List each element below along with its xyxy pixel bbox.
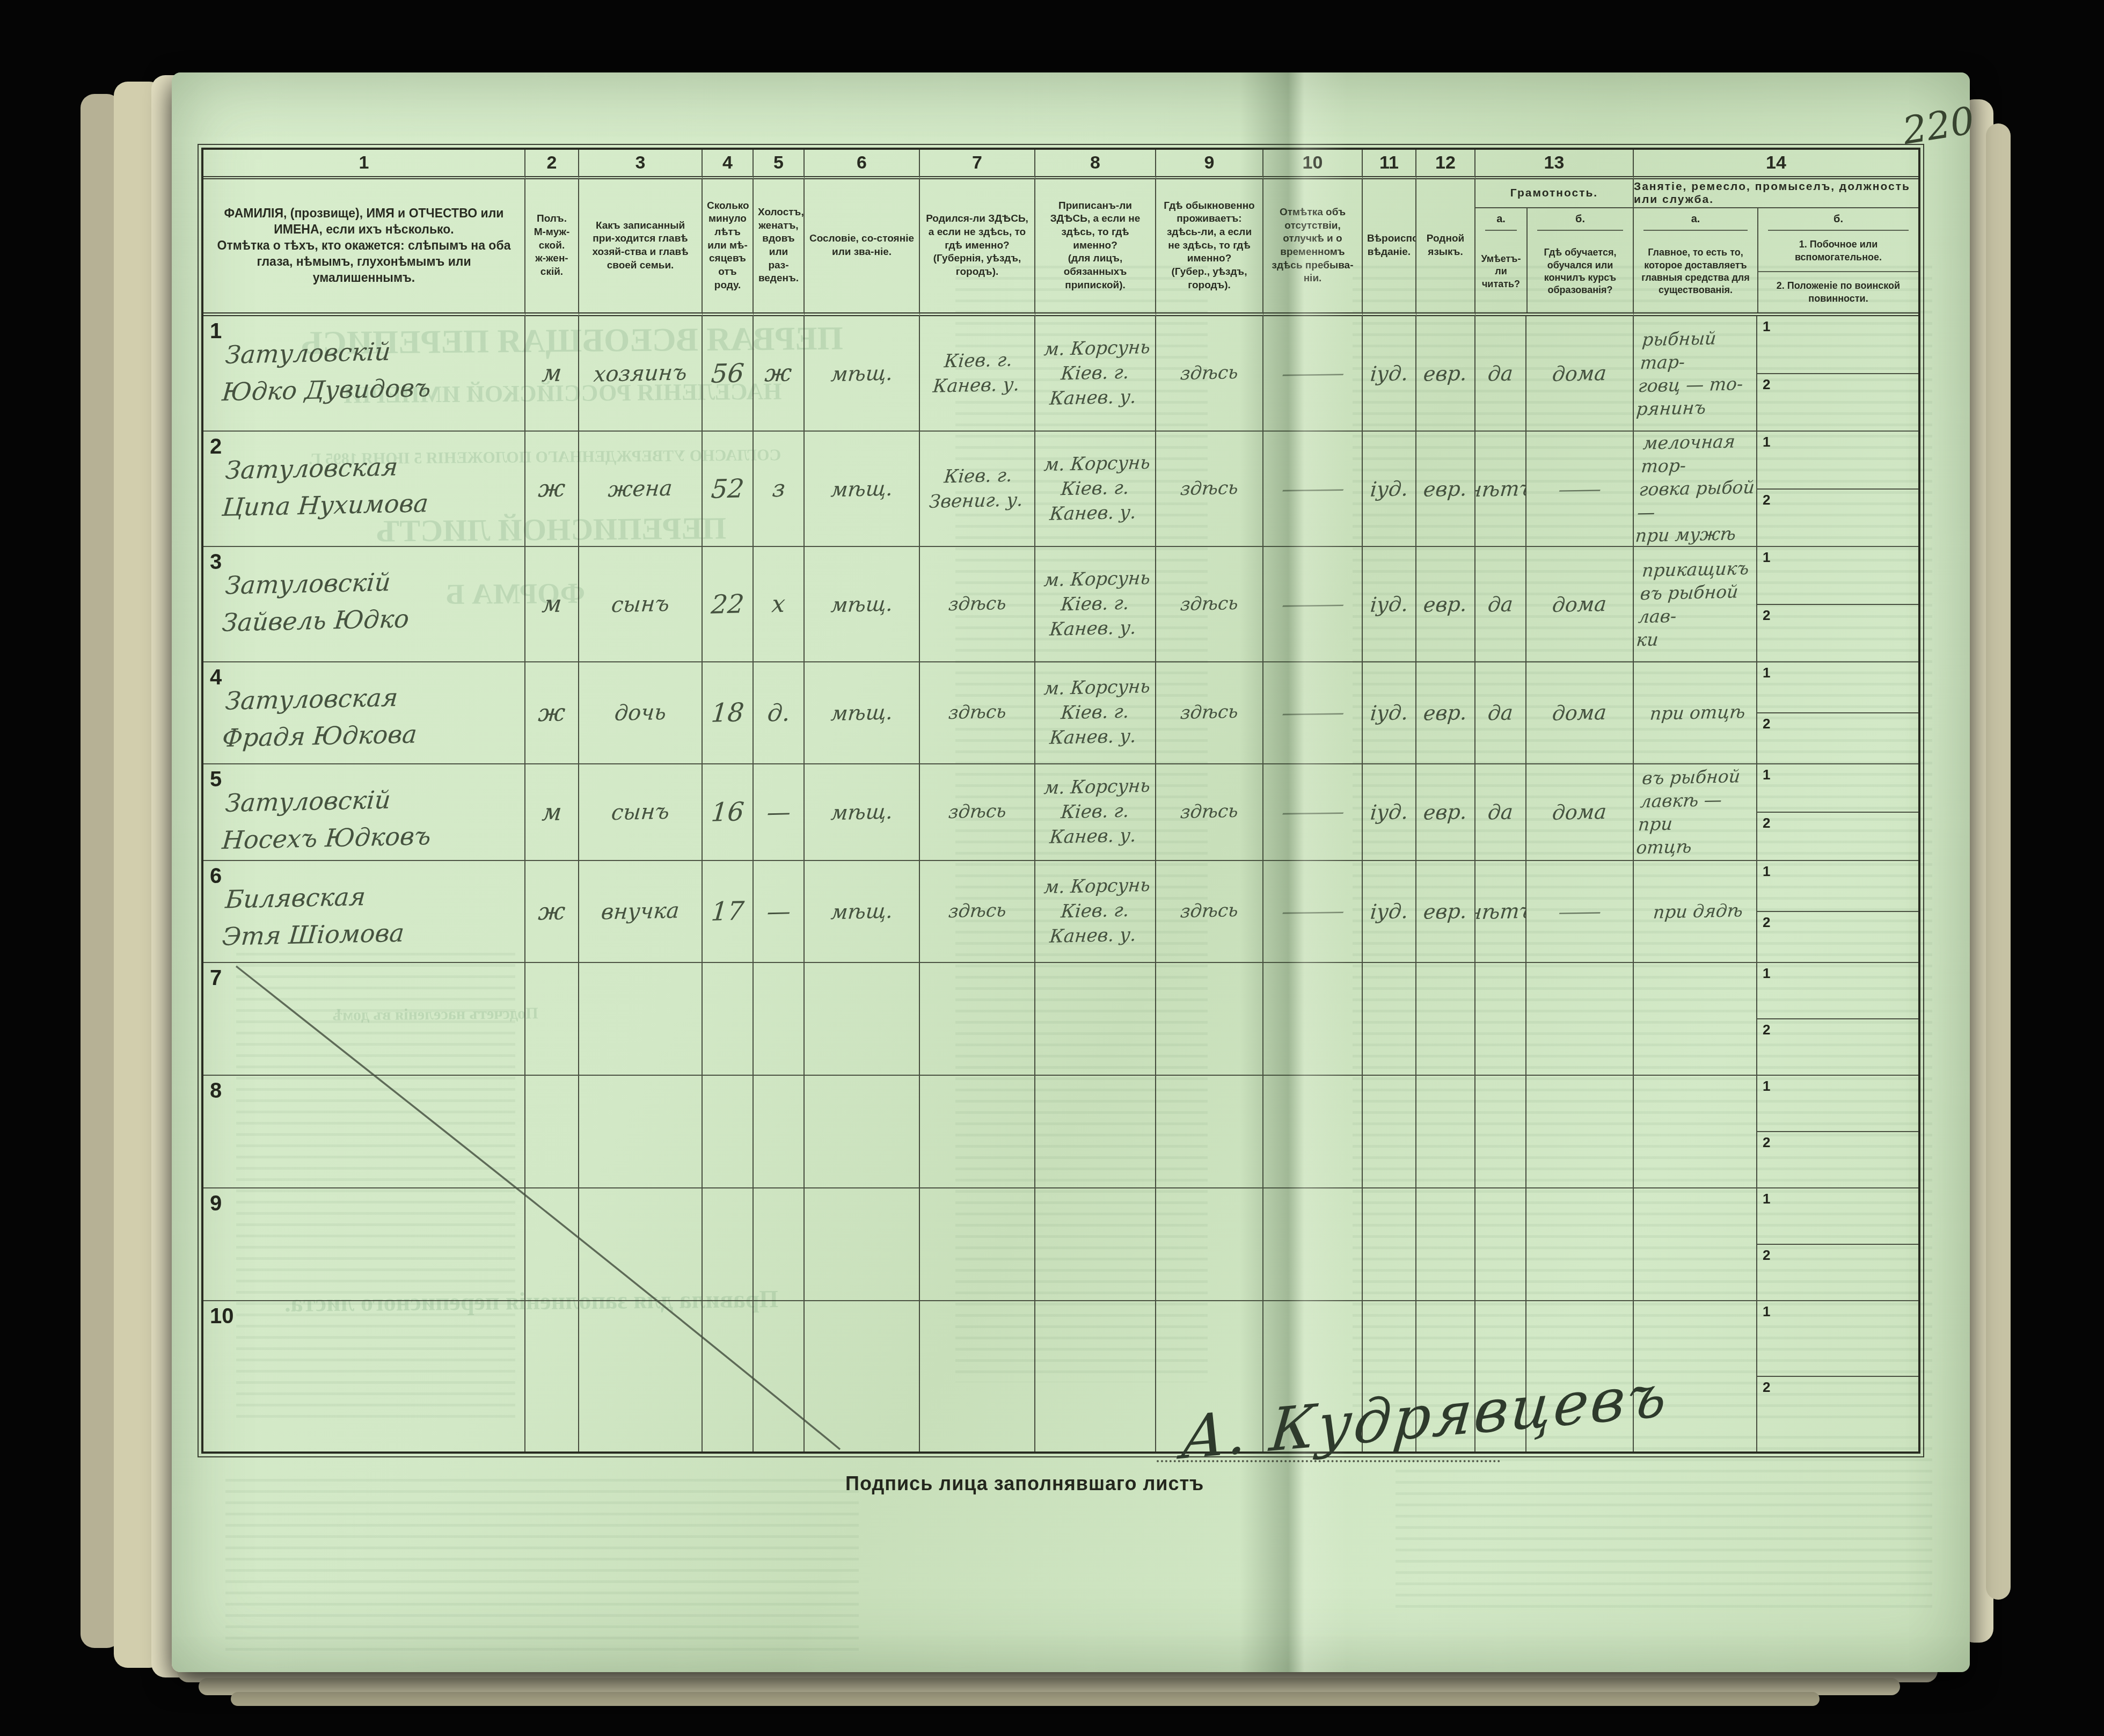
row-8-relation-cell (579, 1076, 703, 1188)
row-9-side-occupation-cell: 12 (1757, 1188, 1918, 1301)
side-sub-1: 1 (1757, 1301, 1918, 1376)
col-header-name: ФАМИЛІЯ, (прозвище), ИМЯ и ОТЧЕСТВО или … (203, 179, 525, 316)
language-entry: евр. (1423, 592, 1469, 617)
estate-entry: мѣщ. (830, 800, 894, 825)
side-sub-2: 2 (1757, 1376, 1918, 1451)
residence-entry: здѣсь (1179, 700, 1239, 726)
row-9-residence-cell (1156, 1188, 1263, 1301)
row-9-religion-cell (1363, 1188, 1416, 1301)
row-1-education-cell: дома (1526, 316, 1634, 432)
marital-entry: — (765, 898, 791, 925)
row-2-relation-cell: жена (579, 432, 703, 547)
col-header-religion: Вѣроиспо-вѣданіе. (1363, 179, 1416, 316)
religion-entry: іуд. (1369, 701, 1409, 725)
side-sub-1: 1 (1757, 1188, 1918, 1244)
occupation-entry: мелочная тор- говка рыбой — при мужѣ (1634, 432, 1757, 547)
side-sub-2: 2 (1757, 373, 1918, 431)
row-9-age-cell (703, 1188, 754, 1301)
col-num-14: 14 (1634, 150, 1918, 179)
col-num-9: 9 (1156, 150, 1263, 179)
row-8-age-cell (703, 1076, 754, 1188)
col-num-7: 7 (920, 150, 1035, 179)
row-7-marital-cell (754, 963, 805, 1076)
table-row-9-name-cell: 9 (203, 1188, 525, 1301)
residence-entry: здѣсь (1179, 799, 1239, 825)
row-number: 2 (210, 435, 222, 459)
signature-label: Подпись лица заполнявшаго листъ (845, 1472, 1204, 1495)
row-8-absence-cell (1263, 1076, 1363, 1188)
row-5-side-occupation-cell: 12 (1757, 764, 1918, 861)
row-9-estate-cell (805, 1188, 920, 1301)
language-entry: евр. (1423, 361, 1469, 386)
marital-entry: х (771, 590, 786, 618)
occupation-entry: прикащикъ въ рыбной лав- ки (1634, 557, 1757, 652)
row-3-sex-cell: м (525, 547, 579, 662)
row-number: 10 (210, 1304, 234, 1329)
row-1-birthplace-cell: Кіев. г. Канев. у. (920, 316, 1035, 432)
page-edge-bottom-3 (231, 1692, 1820, 1706)
row-9-birthplace-cell (920, 1188, 1035, 1301)
table-row-1-name-cell: 1Затуловскій Юдко Дувидовъ (203, 316, 525, 432)
row-7-sex-cell (525, 963, 579, 1076)
col-num-12: 12 (1416, 150, 1475, 179)
col-header-birthplace: Родился-ли ЗДѢСЬ, а если не здѣсь, то гд… (920, 179, 1035, 316)
side-sub-2: 2 (1757, 911, 1918, 962)
side-sub-1: 1 (1757, 432, 1918, 488)
estate-entry: мѣщ. (830, 476, 894, 501)
occupation-a-label: а. (1643, 208, 1748, 231)
relation-entry: сынъ (610, 799, 670, 825)
side-sub-1-number: 1 (1763, 1303, 1770, 1320)
side-sub-2: 2 (1757, 1244, 1918, 1300)
row-7-registered-cell (1035, 963, 1156, 1076)
side-sub-1: 1 (1757, 1076, 1918, 1131)
absence-entry: — (1278, 799, 1347, 825)
row-6-side-occupation-cell: 12 (1757, 861, 1918, 963)
row-7-relation-cell (579, 963, 703, 1076)
relation-entry: жена (607, 476, 673, 502)
literacy-entry: нѣтъ (1475, 476, 1526, 501)
row-4-side-occupation-cell: 12 (1757, 662, 1918, 764)
education-entry: — (1557, 477, 1603, 501)
education-entry: — (1557, 899, 1603, 923)
row-1-marital-cell: ж (754, 316, 805, 432)
row-9-literacy-cell (1475, 1188, 1526, 1301)
side-sub-2: 2 (1757, 712, 1918, 763)
col-num-3: 3 (579, 150, 703, 179)
literacy-entry: да (1487, 361, 1514, 385)
row-4-residence-cell: здѣсь (1156, 662, 1263, 764)
marital-entry: — (765, 798, 791, 826)
side-sub-2-number: 2 (1763, 1247, 1770, 1264)
absence-entry: — (1278, 899, 1347, 924)
row-2-estate-cell: мѣщ. (805, 432, 920, 547)
side-sub-1-number: 1 (1763, 863, 1770, 880)
row-6-relation-cell: внучка (579, 861, 703, 963)
row-8-side-occupation-cell: 12 (1757, 1076, 1918, 1188)
row-number: 8 (210, 1079, 222, 1103)
language-entry: евр. (1423, 477, 1469, 501)
row-8-sex-cell (525, 1076, 579, 1188)
row-9-relation-cell (579, 1188, 703, 1301)
absence-entry: — (1278, 361, 1347, 386)
literacy-entry: да (1487, 800, 1514, 824)
row-3-residence-cell: здѣсь (1156, 547, 1263, 662)
relation-entry: сынъ (610, 591, 670, 617)
education-entry: дома (1552, 592, 1608, 616)
absence-entry: — (1278, 700, 1347, 725)
row-3-marital-cell: х (754, 547, 805, 662)
side-sub-1: 1 (1757, 861, 1918, 911)
row-6-registered-cell: м. Корсунь Кіев. г. Канев. у. (1035, 861, 1156, 963)
occupation-entry: въ рыбной лавкѣ — при отцѣ (1634, 765, 1757, 860)
row-6-education-cell: — (1526, 861, 1634, 963)
row-1-occupation-cell: рыбный тар- говц — то- рянинъ (1634, 316, 1757, 432)
absence-entry: — (1278, 476, 1347, 501)
row-4-estate-cell: мѣщ. (805, 662, 920, 764)
col-num-1: 1 (203, 150, 525, 179)
literacy-entry: нѣтъ (1475, 899, 1526, 924)
residence-entry: здѣсь (1179, 476, 1239, 501)
side-sub-2-number: 2 (1763, 914, 1770, 931)
person-name: Затуловскій Зайвель Юдко (221, 563, 413, 641)
row-2-age-cell: 52 (703, 432, 754, 547)
education-entry: дома (1552, 800, 1608, 825)
page-number: 220 (1900, 98, 1977, 153)
row-3-age-cell: 22 (703, 547, 754, 662)
occupation-a-col: а. Главное, то есть то, которое доставля… (1634, 208, 1757, 312)
col-header-language: Родной языкъ. (1416, 179, 1475, 316)
row-1-sex-cell: м (525, 316, 579, 432)
literacy-b-text: Гдѣ обучается, обучался или кончилъ курс… (1528, 231, 1633, 312)
person-name: Билявская Этя Шіомова (221, 877, 408, 955)
row-1-literacy-cell: да (1475, 316, 1526, 432)
page-edge-right-2 (1986, 123, 2011, 1600)
language-entry: евр. (1423, 899, 1469, 924)
row-6-religion-cell: іуд. (1363, 861, 1416, 963)
row-2-occupation-cell: мелочная тор- говка рыбой — при мужѣ (1634, 432, 1757, 547)
occupation-group-title: Занятіе, ремесло, промыселъ, должность и… (1634, 179, 1918, 208)
row-10-registered-cell (1035, 1301, 1156, 1451)
row-5-sex-cell: м (525, 764, 579, 861)
occupation-b-col: б. 1. Побочное или вспомогательное. 2. П… (1757, 208, 1918, 312)
row-4-birthplace-cell: здѣсь (920, 662, 1035, 764)
row-5-religion-cell: іуд. (1363, 764, 1416, 861)
row-10-side-occupation-cell: 12 (1757, 1301, 1918, 1451)
row-7-estate-cell (805, 963, 920, 1076)
marital-entry: ж (764, 359, 793, 387)
registered-entry: м. Корсунь Кіев. г. Канев. у. (1039, 450, 1152, 527)
age-entry: 56 (710, 358, 746, 389)
col-num-4: 4 (703, 150, 754, 179)
col-header-literacy-group: Грамотность. а. Умѣетъ-ли читать? б. Гдѣ… (1475, 179, 1634, 316)
row-3-registered-cell: м. Корсунь Кіев. г. Канев. у. (1035, 547, 1156, 662)
row-4-education-cell: дома (1526, 662, 1634, 764)
registered-entry: м. Корсунь Кіев. г. Канев. у. (1039, 873, 1152, 950)
sex-entry: ж (537, 475, 566, 502)
row-6-estate-cell: мѣщ. (805, 861, 920, 963)
religion-entry: іуд. (1369, 592, 1409, 617)
person-name: Затуловскій Носехъ Юдковъ (221, 781, 435, 859)
religion-entry: іуд. (1369, 361, 1409, 386)
side-sub-2-number: 2 (1763, 492, 1770, 508)
birthplace-entry: здѣсь (947, 799, 1007, 825)
row-7-education-cell (1526, 963, 1634, 1076)
row-4-absence-cell: — (1263, 662, 1363, 764)
row-2-sex-cell: ж (525, 432, 579, 547)
row-3-education-cell: дома (1526, 547, 1634, 662)
education-entry: дома (1552, 701, 1608, 725)
row-4-occupation-cell: при отцѣ (1634, 662, 1757, 764)
sex-entry: м (541, 360, 563, 388)
side-sub-1-number: 1 (1763, 1191, 1770, 1207)
row-number: 1 (210, 319, 222, 344)
language-entry: евр. (1423, 701, 1469, 725)
row-9-language-cell (1416, 1188, 1475, 1301)
occupation-a-text: Главное, то есть то, которое доставляетъ… (1634, 231, 1757, 312)
literacy-a-col: а. Умѣетъ-ли читать? (1475, 208, 1526, 312)
side-sub-2: 2 (1757, 488, 1918, 546)
residence-entry: здѣсь (1179, 360, 1239, 386)
row-8-literacy-cell (1475, 1076, 1526, 1188)
bleed-texture-bottom-right (1396, 1436, 1932, 1613)
row-number: 4 (210, 666, 222, 690)
row-2-side-occupation-cell: 12 (1757, 432, 1918, 547)
row-6-occupation-cell: при дядѣ (1634, 861, 1757, 963)
literacy-a-text: Умѣетъ-ли читать? (1475, 231, 1526, 312)
col-header-registered: Приписанъ-ли ЗДѢСЬ, а если не здѣсь, то … (1035, 179, 1156, 316)
age-entry: 16 (710, 797, 746, 827)
row-5-registered-cell: м. Корсунь Кіев. г. Канев. у. (1035, 764, 1156, 861)
side-sub-1-number: 1 (1763, 549, 1770, 566)
row-4-religion-cell: іуд. (1363, 662, 1416, 764)
side-sub-1-number: 1 (1763, 318, 1770, 335)
row-10-sex-cell (525, 1301, 579, 1451)
birthplace-entry: здѣсь (947, 591, 1007, 617)
col-num-5: 5 (754, 150, 805, 179)
birthplace-entry: здѣсь (947, 700, 1007, 726)
birthplace-entry: Кіев. г. Звениг. у. (928, 463, 1026, 515)
side-sub-2-number: 2 (1763, 1134, 1770, 1151)
row-7-religion-cell (1363, 963, 1416, 1076)
col-header-sex: Полъ. М-муж-ской. ж-жен-скій. (525, 179, 579, 316)
row-2-marital-cell: з (754, 432, 805, 547)
literacy-group-title: Грамотность. (1475, 179, 1633, 208)
row-7-language-cell (1416, 963, 1475, 1076)
col-num-2: 2 (525, 150, 579, 179)
relation-entry: дочь (613, 700, 667, 726)
row-7-age-cell (703, 963, 754, 1076)
registered-entry: м. Корсунь Кіев. г. Канев. у. (1039, 774, 1152, 850)
person-name: Затуловскій Юдко Дувидовъ (221, 332, 435, 411)
sex-entry: ж (537, 898, 566, 925)
row-1-language-cell: евр. (1416, 316, 1475, 432)
row-6-residence-cell: здѣсь (1156, 861, 1263, 963)
table-row-8-name-cell: 8 (203, 1076, 525, 1188)
age-entry: 17 (710, 896, 746, 927)
table-row-6-name-cell: 6Билявская Этя Шіомова (203, 861, 525, 963)
row-4-relation-cell: дочь (579, 662, 703, 764)
side-sub-2-number: 2 (1763, 376, 1770, 393)
row-1-estate-cell: мѣщ. (805, 316, 920, 432)
row-7-residence-cell (1156, 963, 1263, 1076)
marital-entry: з (771, 475, 786, 503)
row-8-religion-cell (1363, 1076, 1416, 1188)
religion-entry: іуд. (1369, 800, 1409, 825)
age-entry: 18 (710, 697, 746, 728)
sex-entry: ж (537, 699, 566, 727)
row-10-age-cell (703, 1301, 754, 1451)
estate-entry: мѣщ. (830, 701, 894, 725)
person-name: Затуловская Фрадя Юдкова (221, 679, 421, 757)
row-1-age-cell: 56 (703, 316, 754, 432)
row-5-estate-cell: мѣщ. (805, 764, 920, 861)
row-7-literacy-cell (1475, 963, 1526, 1076)
row-4-literacy-cell: да (1475, 662, 1526, 764)
col-num-6: 6 (805, 150, 920, 179)
row-5-age-cell: 16 (703, 764, 754, 861)
row-7-side-occupation-cell: 12 (1757, 963, 1918, 1076)
row-number: 5 (210, 768, 222, 792)
row-3-religion-cell: іуд. (1363, 547, 1416, 662)
row-10-estate-cell (805, 1301, 920, 1451)
side-sub-2: 2 (1757, 812, 1918, 860)
row-3-language-cell: евр. (1416, 547, 1475, 662)
col-num-8: 8 (1035, 150, 1156, 179)
row-4-language-cell: евр. (1416, 662, 1475, 764)
row-5-education-cell: дома (1526, 764, 1634, 861)
row-5-marital-cell: — (754, 764, 805, 861)
row-9-occupation-cell (1634, 1188, 1757, 1301)
row-1-relation-cell: хозяинъ (579, 316, 703, 432)
side-sub-2-number: 2 (1763, 716, 1770, 732)
col-num-11: 11 (1363, 150, 1416, 179)
row-5-occupation-cell: въ рыбной лавкѣ — при отцѣ (1634, 764, 1757, 861)
side-sub-2-number: 2 (1763, 1022, 1770, 1038)
registered-entry: м. Корсунь Кіев. г. Канев. у. (1039, 566, 1152, 642)
row-4-registered-cell: м. Корсунь Кіев. г. Канев. у. (1035, 662, 1156, 764)
side-sub-1-number: 1 (1763, 665, 1770, 681)
side-sub-1: 1 (1757, 547, 1918, 604)
side-sub-1: 1 (1757, 316, 1918, 373)
row-1-absence-cell: — (1263, 316, 1363, 432)
row-8-language-cell (1416, 1076, 1475, 1188)
row-3-estate-cell: мѣщ. (805, 547, 920, 662)
row-5-birthplace-cell: здѣсь (920, 764, 1035, 861)
row-2-education-cell: — (1526, 432, 1634, 547)
row-number: 3 (210, 550, 222, 574)
col-header-occupation-group: Занятіе, ремесло, промыселъ, должность и… (1634, 179, 1918, 316)
table-row-10-name-cell: 10 (203, 1301, 525, 1451)
side-sub-1-number: 1 (1763, 434, 1770, 450)
side-sub-1: 1 (1757, 764, 1918, 812)
row-8-residence-cell (1156, 1076, 1263, 1188)
row-3-absence-cell: — (1263, 547, 1363, 662)
row-2-registered-cell: м. Корсунь Кіев. г. Канев. у. (1035, 432, 1156, 547)
row-number: 6 (210, 864, 222, 888)
literacy-entry: да (1487, 701, 1514, 725)
row-9-marital-cell (754, 1188, 805, 1301)
row-5-literacy-cell: да (1475, 764, 1526, 861)
occupation-entry: рыбный тар- говц — то- рянинъ (1634, 326, 1757, 421)
literacy-b-label: б. (1537, 208, 1623, 231)
literacy-a-label: а. (1485, 208, 1517, 231)
row-5-language-cell: евр. (1416, 764, 1475, 861)
row-2-birthplace-cell: Кіев. г. Звениг. у. (920, 432, 1035, 547)
row-3-occupation-cell: прикащикъ въ рыбной лав- ки (1634, 547, 1757, 662)
registered-entry: м. Корсунь Кіев. г. Канев. у. (1039, 335, 1152, 411)
occupation-entry: при отцѣ (1643, 701, 1746, 726)
row-8-registered-cell (1035, 1076, 1156, 1188)
marital-entry: д. (766, 699, 791, 727)
row-4-age-cell: 18 (703, 662, 754, 764)
table-row-3-name-cell: 3Затуловскій Зайвель Юдко (203, 547, 525, 662)
row-9-education-cell (1526, 1188, 1634, 1301)
literacy-b-col: б. Гдѣ обучается, обучался или кончилъ к… (1526, 208, 1633, 312)
row-7-absence-cell (1263, 963, 1363, 1076)
col-num-13: 13 (1475, 150, 1634, 179)
person-name: Затуловская Ципа Нухимова (221, 448, 433, 526)
row-5-residence-cell: здѣсь (1156, 764, 1263, 861)
row-8-birthplace-cell (920, 1076, 1035, 1188)
col-header-absence: Отмѣтка объ отсутствіи, отлучкѣ и о врем… (1263, 179, 1363, 316)
literacy-entry: да (1487, 592, 1514, 616)
row-10-marital-cell (754, 1301, 805, 1451)
row-4-sex-cell: ж (525, 662, 579, 764)
bleed-texture-bottom-left (225, 1479, 859, 1651)
side-sub-1: 1 (1757, 963, 1918, 1018)
table-row-2-name-cell: 2Затуловская Ципа Нухимова (203, 432, 525, 547)
row-6-language-cell: евр. (1416, 861, 1475, 963)
table-row-4-name-cell: 4Затуловская Фрадя Юдкова (203, 662, 525, 764)
row-6-birthplace-cell: здѣсь (920, 861, 1035, 963)
row-10-relation-cell (579, 1301, 703, 1451)
side-sub-2-number: 2 (1763, 607, 1770, 624)
row-3-side-occupation-cell: 12 (1757, 547, 1918, 662)
row-10-birthplace-cell (920, 1301, 1035, 1451)
table-row-5-name-cell: 5Затуловскій Носехъ Юдковъ (203, 764, 525, 861)
row-7-occupation-cell (1634, 963, 1757, 1076)
religion-entry: іуд. (1369, 899, 1409, 924)
row-2-literacy-cell: нѣтъ (1475, 432, 1526, 547)
row-4-marital-cell: д. (754, 662, 805, 764)
col-num-10: 10 (1263, 150, 1363, 179)
row-1-residence-cell: здѣсь (1156, 316, 1263, 432)
col-header-marital: Холостъ, женатъ, вдовъ или раз-веденъ. (754, 179, 805, 316)
side-sub-2: 2 (1757, 1018, 1918, 1075)
row-8-estate-cell (805, 1076, 920, 1188)
row-9-registered-cell (1035, 1188, 1156, 1301)
row-1-side-occupation-cell: 12 (1757, 316, 1918, 432)
relation-entry: хозяинъ (593, 360, 688, 387)
education-entry: дома (1552, 361, 1608, 385)
row-1-registered-cell: м. Корсунь Кіев. г. Канев. у. (1035, 316, 1156, 432)
row-5-absence-cell: — (1263, 764, 1363, 861)
table-row-7-name-cell: 7 (203, 963, 525, 1076)
row-2-absence-cell: — (1263, 432, 1363, 547)
side-sub-1: 1 (1757, 662, 1918, 712)
absence-entry: — (1278, 592, 1347, 617)
row-3-literacy-cell: да (1475, 547, 1526, 662)
registered-entry: м. Корсунь Кіев. г. Канев. у. (1039, 675, 1152, 751)
birthplace-entry: здѣсь (947, 899, 1007, 924)
sex-entry: м (541, 798, 563, 826)
row-6-sex-cell: ж (525, 861, 579, 963)
sex-entry: м (541, 590, 563, 618)
side-sub-2-number: 2 (1763, 815, 1770, 831)
side-sub-1-number: 1 (1763, 767, 1770, 783)
estate-entry: мѣщ. (830, 899, 894, 924)
